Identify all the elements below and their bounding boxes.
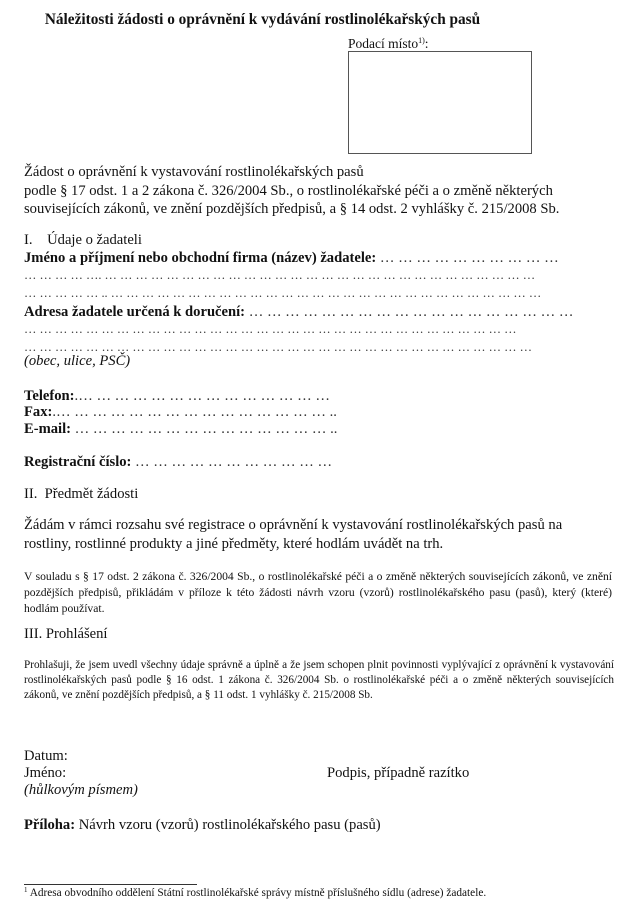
date-label: Datum: <box>24 748 68 765</box>
attachment-label: Příloha: <box>24 817 75 833</box>
registration-number-field[interactable]: Registrační číslo: … … … … … … … … … … … <box>24 454 332 471</box>
email-field[interactable]: E-mail: … … … … … … … … … … … … … … .. <box>24 421 337 438</box>
document-title: Náležitosti žádosti o oprávnění k vydává… <box>0 11 525 29</box>
email-label: E-mail: <box>24 421 71 437</box>
email-dots[interactable]: … … … … … … … … … … … … … … .. <box>71 421 337 437</box>
fax-label: Fax: <box>24 404 52 420</box>
request-line-2: rostliny, rostlinné produkty a jiné před… <box>24 536 443 553</box>
registration-number-dots[interactable]: … … … … … … … … … … … <box>131 454 332 470</box>
applicant-name-label: Jméno a příjmení nebo obchodní firma (ná… <box>24 250 376 266</box>
attachment-note: V souladu s § 17 odst. 2 zákona č. 326/2… <box>24 569 612 617</box>
phone-label: Telefon: <box>24 388 75 404</box>
name-hint: (hůlkovým písmem) <box>24 782 138 799</box>
attachment-text: Návrh vzoru (vzorů) rostlinolékařského p… <box>75 817 381 833</box>
intro-line-3: souvisejících zákonů, ve znění pozdějšíc… <box>24 201 559 218</box>
applicant-name-dots[interactable]: … … … … … … … … … … <box>376 250 558 266</box>
phone-dots[interactable]: .… … … … … … … … … … … … … … <box>75 388 330 404</box>
applicant-name-dots-line-2[interactable]: … … … … … .. … … … … … … … … … … … … … …… <box>24 286 541 301</box>
filing-stamp-box <box>348 51 532 154</box>
footnote: 1 Adresa obvodního oddělení Státní rostl… <box>24 886 486 899</box>
registration-number-label: Registrační číslo: <box>24 454 131 470</box>
request-line-1: Žádám v rámci rozsahu své registrace o o… <box>24 517 562 534</box>
footnote-text: Adresa obvodního oddělení Státní rostlin… <box>28 887 487 899</box>
intro-line-2: podle § 17 odst. 1 a 2 zákona č. 326/200… <box>24 183 553 200</box>
footnote-reference[interactable]: 1) <box>418 36 425 45</box>
applicant-address-label: Adresa žadatele určená k doručení: <box>24 304 245 320</box>
address-format-hint: (obec, ulice, PSČ) <box>24 353 130 370</box>
applicant-name-dots-line-1[interactable]: … … … … …. … … … … … … … … … … … … … … …… <box>24 268 535 283</box>
applicant-address-field[interactable]: Adresa žadatele určená k doručení: … … …… <box>24 304 573 321</box>
applicant-address-dots-line-1[interactable]: … … … … … … … … … … … … … … … … … … … … … <box>24 322 517 337</box>
fax-field[interactable]: Fax:.… … … … … … … … … … … … … … … .. <box>24 404 337 421</box>
filing-place-label: Podací místo1): <box>348 36 429 52</box>
declaration-text: Prohlašuji, že jsem uvedl všechny údaje … <box>24 658 614 703</box>
name-label: Jméno: <box>24 765 66 782</box>
applicant-name-field[interactable]: Jméno a příjmení nebo obchodní firma (ná… <box>24 250 559 267</box>
phone-field[interactable]: Telefon:.… … … … … … … … … … … … … … <box>24 388 330 405</box>
filing-place-text: Podací místo <box>348 36 418 51</box>
filing-place-colon: : <box>425 36 429 51</box>
attachment-line: Příloha: Návrh vzoru (vzorů) rostlinolék… <box>24 817 381 834</box>
section-2-heading: II. Předmět žádosti <box>24 486 138 503</box>
signature-label: Podpis, případně razítko <box>327 765 469 782</box>
fax-dots[interactable]: .… … … … … … … … … … … … … … … .. <box>52 404 337 420</box>
intro-line-1: Žádost o oprávnění k vystavování rostlin… <box>24 164 364 181</box>
section-1-heading: I. Údaje o žadateli <box>24 232 142 249</box>
section-3-heading: III. Prohlášení <box>24 626 108 643</box>
footnote-separator <box>24 884 197 885</box>
applicant-address-dots[interactable]: … … … … … … … … … … … … … … … … … … <box>245 304 573 320</box>
